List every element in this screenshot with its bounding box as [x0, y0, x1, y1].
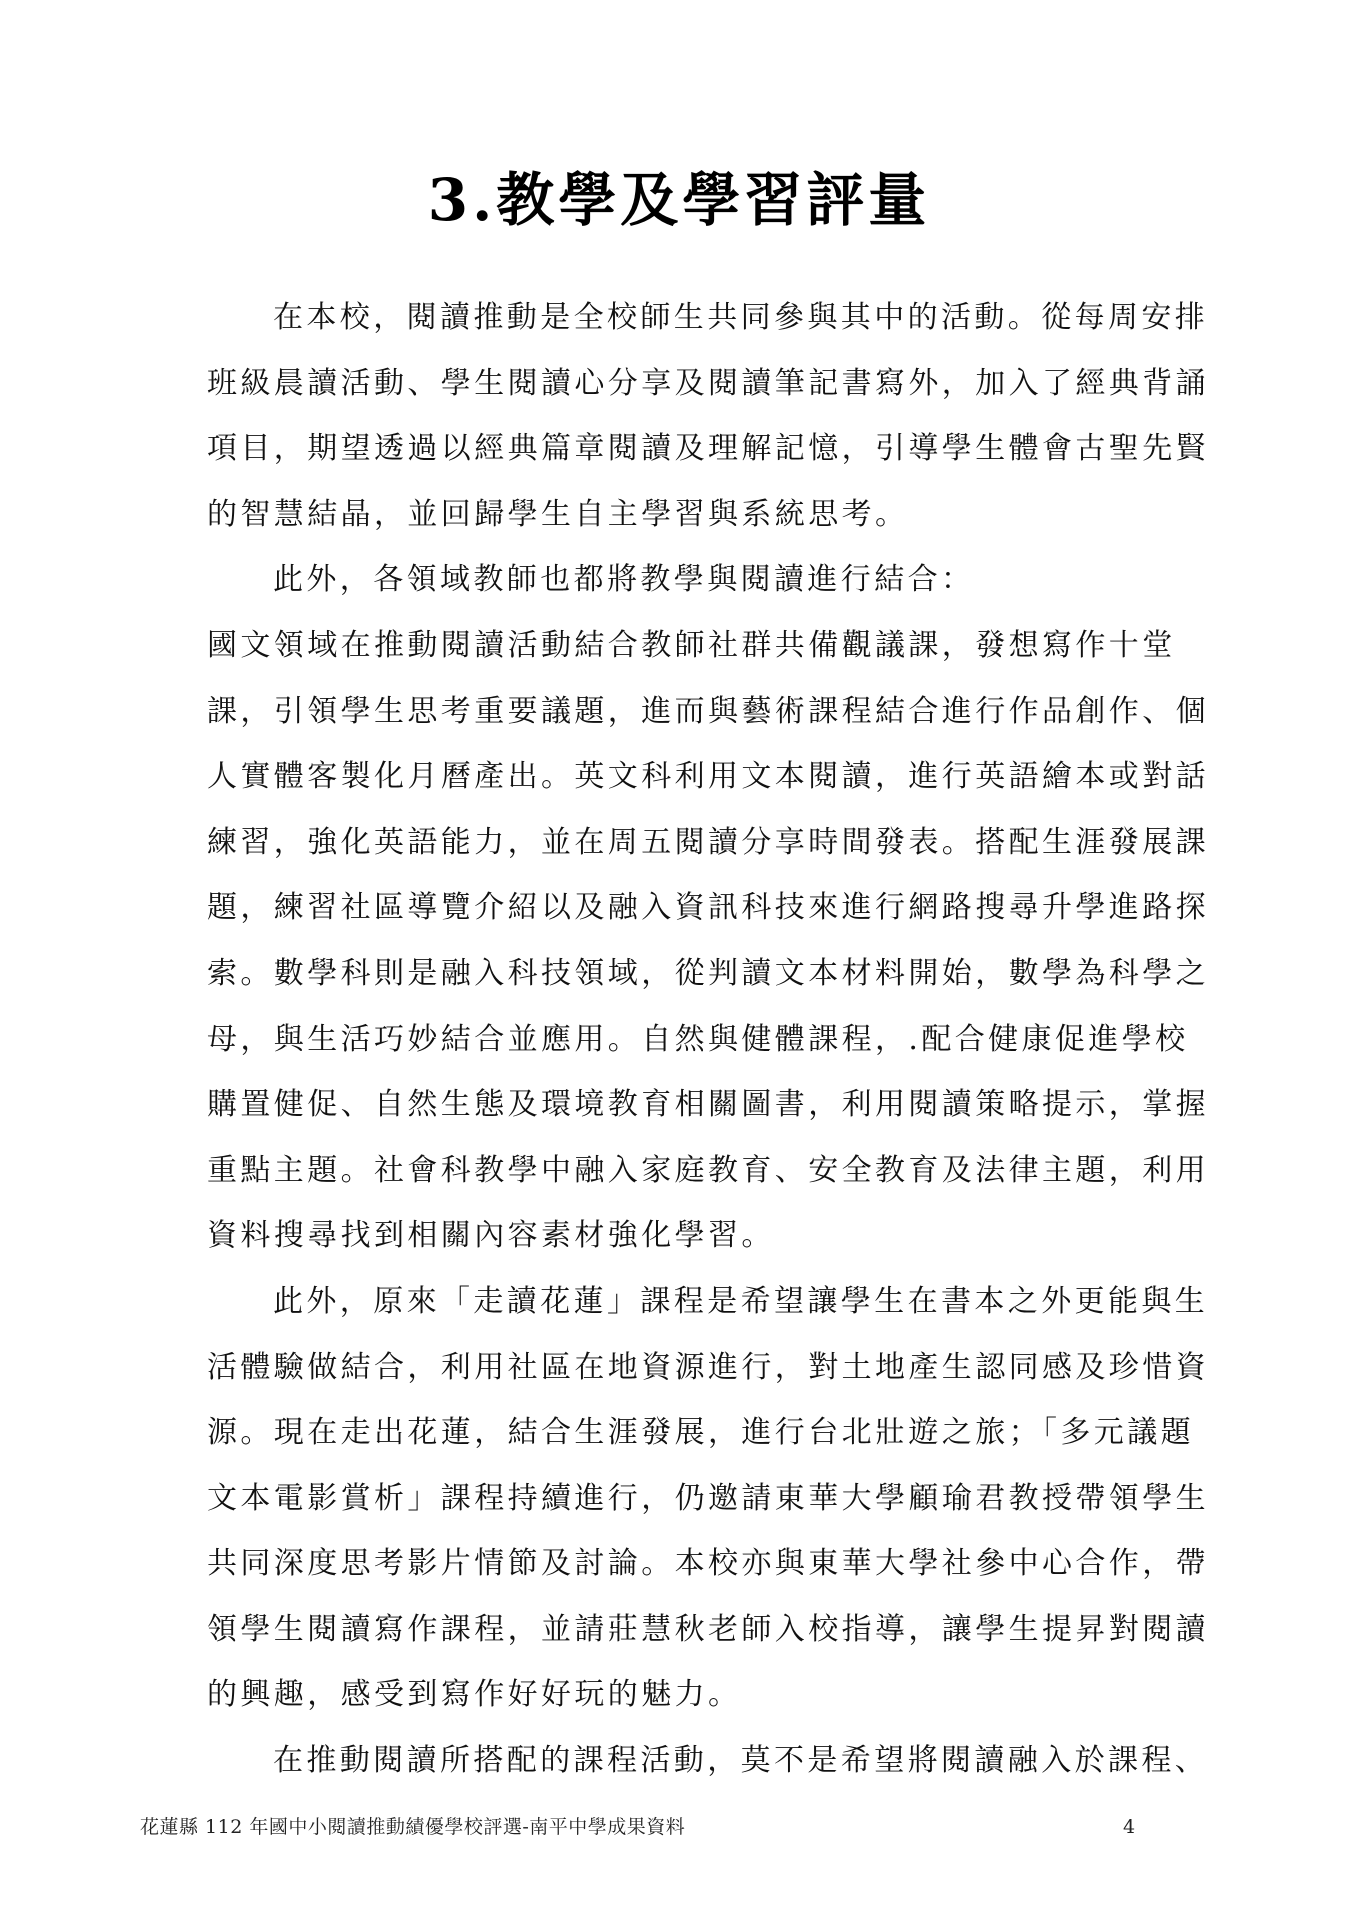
text-line: 的智慧結晶，並回歸學生自主學習與系統思考。 [207, 482, 1167, 548]
page-footer: 花蓮縣 112 年國中小閱讀推動績優學校評選-南平中學成果資料 4 [140, 1812, 1140, 1842]
text-line: 源。現在走出花蓮，結合生涯發展，進行台北壯遊之旅；「多元議題 [207, 1400, 1167, 1466]
section-title: 3.教學及學習評量 [0, 160, 1358, 240]
text-line: 此外，各領域教師也都將教學與閱讀進行結合： [207, 547, 1167, 613]
text-line: 資料搜尋找到相關內容素材強化學習。 [207, 1203, 1167, 1269]
text-line: 在推動閱讀所搭配的課程活動，莫不是希望將閱讀融入於課程、 [207, 1728, 1167, 1794]
text-line: 題，練習社區導覽介紹以及融入資訊科技來進行網路搜尋升學進路探 [207, 875, 1167, 941]
text-line: 活體驗做結合，利用社區在地資源進行，對土地產生認同感及珍惜資 [207, 1335, 1167, 1401]
text-line: 項目，期望透過以經典篇章閱讀及理解記憶，引導學生體會古聖先賢 [207, 416, 1167, 482]
body-text: 在本校，閱讀推動是全校師生共同參與其中的活動。從每周安排 班級晨讀活動、學生閱讀… [207, 285, 1167, 1794]
text-line: 在本校，閱讀推動是全校師生共同參與其中的活動。從每周安排 [207, 285, 1167, 351]
page-number: 4 [1123, 1812, 1135, 1842]
text-line: 共同深度思考影片情節及討論。本校亦與東華大學社參中心合作，帶 [207, 1531, 1167, 1597]
text-line: 國文領域在推動閱讀活動結合教師社群共備觀議課，發想寫作十堂 [207, 613, 1167, 679]
text-line: 此外，原來「走讀花蓮」課程是希望讓學生在書本之外更能與生 [207, 1269, 1167, 1335]
footer-text: 花蓮縣 112 年國中小閱讀推動績優學校評選-南平中學成果資料 [140, 1812, 685, 1842]
text-line: 文本電影賞析」課程持續進行，仍邀請東華大學顧瑜君教授帶領學生 [207, 1466, 1167, 1532]
text-line: 人實體客製化月曆產出。英文科利用文本閱讀，進行英語繪本或對話 [207, 744, 1167, 810]
text-line: 課，引領學生思考重要議題，進而與藝術課程結合進行作品創作、個 [207, 679, 1167, 745]
text-line: 重點主題。社會科教學中融入家庭教育、安全教育及法律主題，利用 [207, 1138, 1167, 1204]
text-line: 練習，強化英語能力，並在周五閱讀分享時間發表。搭配生涯發展課 [207, 810, 1167, 876]
text-line: 班級晨讀活動、學生閱讀心分享及閱讀筆記書寫外，加入了經典背誦 [207, 351, 1167, 417]
text-line: 的興趣，感受到寫作好好玩的魅力。 [207, 1662, 1167, 1728]
text-line: 購置健促、自然生態及環境教育相關圖書，利用閱讀策略提示，掌握 [207, 1072, 1167, 1138]
text-line: 索。數學科則是融入科技領域，從判讀文本材料開始，數學為科學之 [207, 941, 1167, 1007]
text-line: 母，與生活巧妙結合並應用。自然與健體課程，.配合健康促進學校 [207, 1007, 1167, 1073]
document-page: 3.教學及學習評量 在本校，閱讀推動是全校師生共同參與其中的活動。從每周安排 班… [0, 0, 1358, 1920]
text-line: 領學生閱讀寫作課程，並請莊慧秋老師入校指導，讓學生提昇對閱讀 [207, 1597, 1167, 1663]
